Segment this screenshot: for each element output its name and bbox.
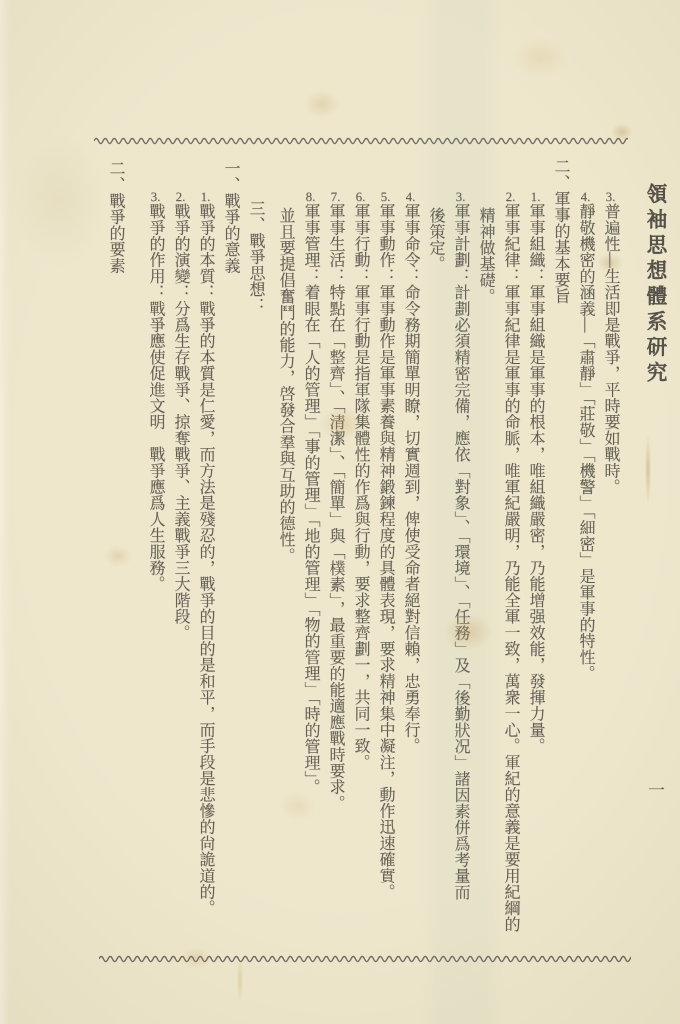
subsection-heading: 一、戰爭的意義 (222, 155, 238, 970)
column-text: 二、軍事的基本要旨 (552, 158, 569, 304)
column-text: 軍事管理：着眼在「人的管理」「事的管理」「地的管理」「物的管理」「時的管理」。 (302, 203, 319, 795)
item-number: 8. (303, 190, 318, 203)
item-number: 3. (453, 190, 468, 203)
continuation-column: 後策定。 (427, 155, 443, 970)
text-column: 2.軍事紀律：軍事紀律是軍事的命脈，唯軍紀嚴明，乃能全軍一致，萬衆一心。軍紀的意… (502, 155, 518, 970)
item-number: 2. (173, 190, 188, 203)
item-number: 1. (528, 190, 543, 203)
column-text: 軍事行動：軍事行動是指軍隊集體性的作爲與行動，要求整齊劃一，共同一致。 (352, 203, 369, 770)
top-wavy-divider (94, 133, 628, 143)
item-number: 4. (578, 190, 593, 203)
text-column: 3.戰爭的作用：戰爭應使促進文明 戰爭應爲人生服務。 (147, 155, 163, 970)
column-text: 戰爭的作用：戰爭應使促進文明 戰爭應爲人生服務。 (147, 203, 164, 592)
text-column: 6.軍事行動：軍事行動是指軍隊集體性的作爲與行動，要求整齊劃一，共同一致。 (352, 155, 368, 970)
item-number: 5. (378, 190, 393, 203)
column-text: 軍事命令：命令務期簡單明瞭，切實週到，俾使受命者絕對信賴，忠勇奉行。 (402, 203, 419, 754)
column-text: 後策定。 (427, 207, 444, 272)
column-text: 精神做基礎。 (477, 207, 494, 304)
column-text: 二、戰爭的要素 (107, 160, 124, 273)
text-column: 3.軍事計劃：計劃必須精密完備，應依「對象」、「環境」、「任務」及「後勤狀况」諸… (452, 155, 468, 970)
item-number: 1. (198, 190, 213, 203)
item-number: 2. (503, 190, 518, 203)
item-number: 3. (603, 190, 618, 203)
vertical-text-body: 3.普遍性—生活即是戰爭，平時要如戰時。 4.靜敬機密的涵義—「肅靜」「莊敬」「… (98, 155, 618, 970)
text-column: 2.戰爭的演變：分爲生存戰爭、掠奪戰爭、主義戰爭三大階段。 (172, 155, 188, 970)
continuation-column: 並且要提倡奮鬥的能力，啓發合羣與互助的德性。 (277, 155, 293, 970)
column-text: 軍事紀律：軍事紀律是軍事的命脈，唯軍紀嚴明，乃能全軍一致，萬衆一心。軍紀的意義是… (502, 203, 519, 932)
page-number: 一 (642, 781, 667, 798)
column-text: 三、戰爭思想： (247, 200, 264, 313)
text-column: 1.戰爭的本質：戰爭的本質是仁愛，而方法是殘忍的，戰爭的目的是和平，而手段是悲慘… (197, 155, 213, 970)
column-text: 軍事生活：特點在「整齊」、「清潔」、「簡單」與「樸素」，最重要的能適應戰時要求。 (327, 203, 344, 811)
text-column: 3.普遍性—生活即是戰爭，平時要如戰時。 (602, 155, 618, 970)
text-column: 1.軍事組織：軍事組織是軍事的根本，唯組織嚴密，乃能增强效能，發揮力量。 (527, 155, 543, 970)
item-number: 4. (403, 190, 418, 203)
text-column: 5.軍事動作：軍事動作是軍事素養與精神鍛鍊程度的具體表現，要求精神集中凝注，動作… (377, 155, 393, 970)
item-number: 3. (148, 190, 163, 203)
item-number: 7. (328, 190, 343, 203)
subsection-heading: 二、戰爭的要素 (107, 155, 123, 970)
section-heading: 三、戰爭思想： (247, 155, 263, 970)
column-text: 軍事動作：軍事動作是軍事素養與精神鍛鍊程度的具體表現，要求精神集中凝注，動作迅速… (377, 203, 394, 900)
continuation-column: 精神做基礎。 (477, 155, 493, 970)
item-number: 6. (353, 190, 368, 203)
text-column: 4.軍事命令：命令務期簡單明瞭，切實週到，俾使受命者絕對信賴，忠勇奉行。 (402, 155, 418, 970)
column-text: 戰爭的本質：戰爭的本質是仁愛，而方法是殘忍的，戰爭的目的是和平，而手段是悲慘的尙… (197, 203, 214, 916)
text-column: 4.靜敬機密的涵義—「肅靜」「莊敬」「機警」「細密」是軍事的特性。 (577, 155, 593, 970)
running-title: 領袖思想體系研究 (639, 183, 669, 387)
column-text: 軍事計劃：計劃必須精密完備，應依「對象」、「環境」、「任務」及「後勤狀况」諸因素… (452, 203, 469, 900)
column-text: 普遍性—生活即是戰爭，平時要如戰時。 (602, 203, 619, 495)
text-column: 7.軍事生活：特點在「整齊」、「清潔」、「簡單」與「樸素」，最重要的能適應戰時要… (327, 155, 343, 970)
text-column: 8.軍事管理：着眼在「人的管理」「事的管理」「地的管理」「物的管理」「時的管理」… (302, 155, 318, 970)
column-text: 軍事組織：軍事組織是軍事的根本，唯組織嚴密，乃能增强效能，發揮力量。 (527, 203, 544, 754)
column-text: 並且要提倡奮鬥的能力，啓發合羣與互助的德性。 (277, 207, 294, 563)
column-text: 靜敬機密的涵義—「肅靜」「莊敬」「機警」「細密」是軍事的特性。 (577, 203, 594, 681)
section-heading: 二、軍事的基本要旨 (552, 155, 568, 970)
scanned-document-page: 領袖思想體系研究 一 3.普遍性—生活即是戰爭，平時要如戰時。 4.靜敬機密的涵… (0, 0, 680, 1024)
column-text: 戰爭的演變：分爲生存戰爭、掠奪戰爭、主義戰爭三大階段。 (172, 203, 189, 640)
column-text: 一、戰爭的意義 (222, 160, 239, 273)
